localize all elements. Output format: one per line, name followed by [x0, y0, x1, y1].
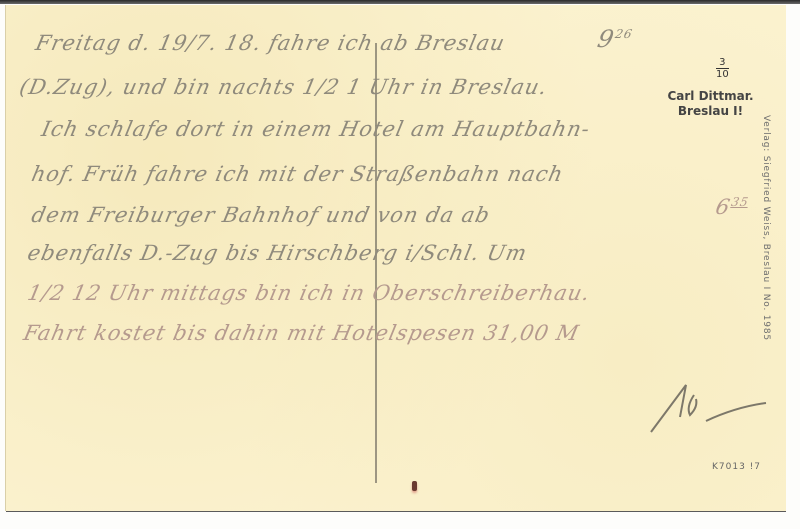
message-line-7-text: 1/2 12 Uhr mittags bin ich in Oberschrei…	[25, 281, 592, 305]
connect-minutes: 35	[730, 195, 750, 209]
connect-time: 635	[713, 195, 750, 219]
message-line-1: Freitag d. 19/7. 18. fahre ich ab Bresla…	[33, 31, 507, 55]
message-line-8: Fahrt kostet bis dahin mit Hotelspesen 3…	[21, 321, 581, 345]
message-line-8-text: Fahrt kostet bis dahin mit Hotelspesen 3…	[21, 321, 581, 345]
postcard: Freitag d. 19/7. 18. fahre ich ab Bresla…	[6, 5, 786, 511]
publisher-stamp: Carl Dittmar. Breslau I!	[658, 89, 763, 119]
ink-spot	[412, 481, 417, 491]
scan-top-edge	[0, 0, 800, 4]
price-fraction: 3 10	[716, 57, 729, 80]
message-line-4: hof. Früh fahre ich mit der Straßenbahn …	[29, 162, 565, 186]
vertical-imprint: Verlag: Siegfried Weiss, Breslau I No. 1…	[761, 115, 771, 341]
fraction-bottom: 10	[716, 69, 729, 80]
signature-mark	[646, 377, 776, 437]
message-line-6-text: ebenfalls D.-Zug bis Hirschberg i/Schl. …	[25, 241, 529, 265]
message-line-3-text: Ich schlafe dort in einem Hotel am Haupt…	[39, 117, 592, 141]
publisher-city: Breslau I!	[658, 104, 763, 119]
publisher-name: Carl Dittmar.	[658, 89, 763, 104]
message-line-4-text: hof. Früh fahre ich mit der Straßenbahn …	[29, 162, 565, 186]
message-line-2: (D.Zug), und bin nachts 1/2 1 Uhr in Bre…	[17, 75, 549, 99]
message-line-5-text: dem Freiburger Bahnhof und von da ab	[29, 203, 492, 227]
message-line-1-text: Freitag d. 19/7. 18. fahre ich ab Bresla…	[33, 31, 507, 55]
catalog-code: K7013 !7	[712, 462, 761, 472]
fraction-top: 3	[716, 57, 729, 69]
message-line-6: ebenfalls D.-Zug bis Hirschberg i/Schl. …	[25, 241, 529, 265]
depart-minutes: 26	[614, 27, 634, 41]
message-line-2-text: (D.Zug), und bin nachts 1/2 1 Uhr in Bre…	[17, 75, 549, 99]
message-line-5: dem Freiburger Bahnhof und von da ab	[29, 203, 492, 227]
depart-time: 926	[595, 25, 635, 53]
message-line-3: Ich schlafe dort in einem Hotel am Haupt…	[39, 117, 592, 141]
message-line-7: 1/2 12 Uhr mittags bin ich in Oberschrei…	[25, 281, 592, 305]
